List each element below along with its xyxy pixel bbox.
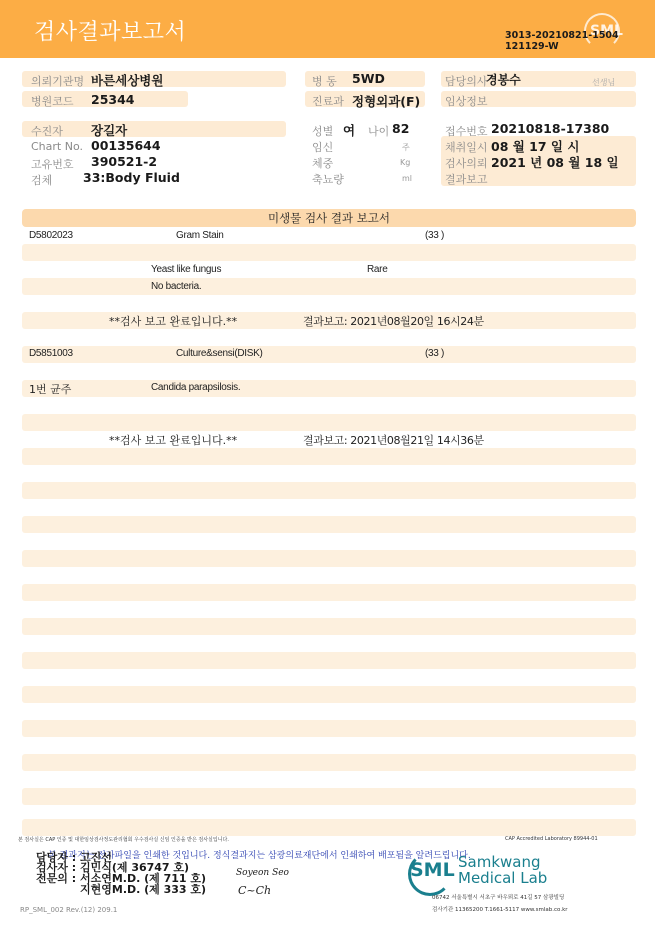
dept-value: 정형외과(F) [352,92,420,110]
row-stripe [22,652,636,669]
lab-name: Samkwang Medical Lab [458,854,547,886]
id-value: 390521-2 [91,154,157,169]
staff-row: 지현영M.D. (제 333 호) [80,884,206,895]
row-stripe [22,686,636,703]
hospital-code-value: 25344 [91,92,135,107]
weight-label: 체중 [312,155,333,171]
age-value: 82 [392,121,409,136]
report-status: **검사 보고 완료입니다.** [109,432,237,448]
row-stripe [22,584,636,601]
receipt-label: 접수번호 [445,123,488,139]
page-title: 검사결과보고서 [34,15,186,46]
doctor-label: 담당의사 [445,73,488,89]
report-section-title: 미생물 검사 결과 보고서 [22,209,636,227]
doctor-suffix: 선생님 [592,77,615,88]
row-stripe [22,448,636,465]
test-specimen: (33 ) [425,230,444,241]
row-stripe [22,414,636,431]
accreditation-note: 본 검사실은 CAP 인증 및 대한임상검사정도관리협회 우수검사실 신임 인증… [18,836,229,843]
sex-label: 성별 [312,123,333,139]
ward-value: 5WD [352,71,385,86]
chart-label: Chart No. [31,140,83,153]
report-status: **검사 보고 완료입니다.** [109,313,237,329]
urine-unit: ml [402,174,412,183]
lab-address: 06742 서울특별시 서초구 바우뫼로 41길 57 삼광빌딩 [432,893,564,901]
form-code: RP_SML_002 Rev.(12) 209.1 [20,906,117,914]
ward-label: 병 동 [312,73,337,89]
weight-unit: Kg [400,158,410,167]
institution-label: 의뢰기관명 [31,73,84,89]
hospital-code-label: 병원코드 [31,93,74,109]
pregnancy-label: 임신 [312,139,333,155]
patient-value: 장길자 [91,121,127,139]
report-id-line2: 121129-W [505,41,619,52]
test-name: Gram Stain [176,230,224,241]
sex-value: 여 [343,121,355,139]
clinical-label: 임상정보 [445,93,488,109]
report-id-line1: 3013-20210821-1504 [505,30,619,41]
dept-label: 진료과 [312,93,344,109]
row-stripe [22,482,636,499]
row-stripe [22,244,636,261]
finding: No bacteria. [151,281,201,292]
chart-value: 00135644 [91,138,161,153]
cap-accreditation: CAP Accredited Laboratory 89944-01 [505,836,598,842]
staff-name: 지현영M.D. (제 333 호) [80,883,206,896]
request-value: 2021 년 08 월 18 일 [491,153,619,171]
row-stripe [22,380,636,397]
strain-label: 1번 균주 [29,381,71,397]
specimen-label: 검체 [31,172,52,188]
report-id: 3013-20210821-1504 121129-W [505,30,619,52]
finding: Yeast like fungus [151,264,221,275]
pregnancy-unit: 주 [402,142,410,153]
report-time: 결과보고: 2021년08월21일 14시36분 [303,432,484,448]
row-stripe [22,550,636,567]
test-name: Culture&sensi(DISK) [176,348,263,359]
collect-label: 채취일시 [445,139,488,155]
finding-grade: Rare [367,264,387,275]
lab-contact: 검사기관 11365200 T.1661-5117 www.smlab.co.k… [432,905,568,913]
row-stripe [22,346,636,363]
doctor-value: 경봉수 [486,71,521,88]
age-label: 나이 [368,123,389,139]
report-label: 결과보고 [445,171,488,187]
row-stripe [22,516,636,533]
test-code: D5802023 [29,230,73,241]
signature-2: C~Ch [238,884,271,897]
signature-1: Soyeon Seo [236,868,289,878]
organism: Candida parapsilosis. [151,382,240,393]
sml-logo-text: SML [410,859,455,881]
staff-role: 전문의 : [36,872,76,885]
row-stripe [22,788,636,805]
test-code: D5851003 [29,348,73,359]
test-specimen: (33 ) [425,348,444,359]
row-stripe [22,754,636,771]
row-stripe [22,819,636,836]
report-header: 검사결과보고서 SML 3013-20210821-1504 121129-W [0,0,655,58]
specimen-value: 33:Body Fluid [83,170,180,185]
id-label: 고유번호 [31,156,74,172]
patient-label: 수진자 [31,123,63,139]
request-label: 검사의뢰 [445,155,488,171]
receipt-value: 20210818-17380 [491,121,609,136]
row-stripe [22,618,636,635]
row-stripe [22,720,636,737]
report-time: 결과보고: 2021년08월20일 16시24분 [303,313,484,329]
row-stripe [22,278,636,295]
urine-label: 축뇨량 [312,171,344,187]
institution-value: 바른세상병원 [91,71,163,89]
